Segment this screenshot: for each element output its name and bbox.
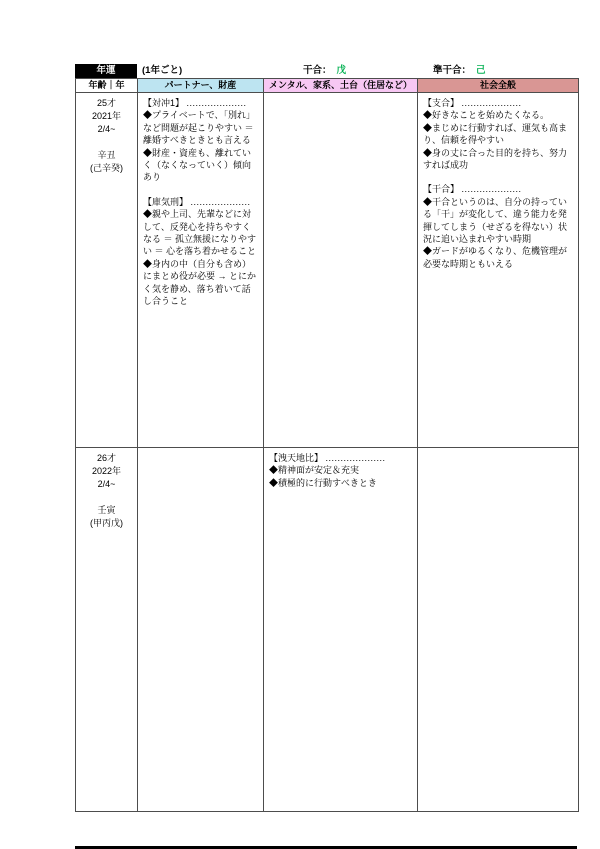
- fortune-section: 【洩天地比】 .................... ◆精神面が安定＆充実 ◆…: [269, 452, 413, 489]
- dotted-leader: ....................: [187, 98, 247, 108]
- section-title-badge: 年運: [75, 64, 137, 78]
- fortune-table: 年齢｜年 パートナー、財産 メンタル、家系、土台（住居など） 社会全般 25才 …: [75, 78, 579, 812]
- dotted-leader: ....................: [326, 453, 386, 463]
- table-row: 26才 2022年 2/4~ 壬寅 (甲丙戊) 【洩天地比】 .........…: [76, 448, 578, 811]
- jun-kango-value: 己: [476, 65, 486, 76]
- section-item: ◆まじめに行動すれば、運気も高まり、信頼を得やすい: [423, 122, 574, 147]
- section-item: ◆精神面が安定＆充実: [269, 464, 413, 476]
- age-label: 25才: [76, 97, 137, 110]
- section-item: ◆積極的に行動すべきとき: [269, 477, 413, 489]
- section-item: ◆好きなことを始めたくなる。: [423, 109, 574, 121]
- section-heading: 【庫気刑】: [143, 197, 188, 207]
- dotted-leader: ....................: [462, 98, 522, 108]
- age-label: 26才: [76, 452, 137, 465]
- fortune-section: 【庫気刑】 .................... ◆親や上司、先輩などに対し…: [143, 196, 259, 308]
- section-heading: 【支合】: [423, 98, 459, 108]
- dotted-leader: ....................: [462, 184, 522, 194]
- section-item: ◆財産・資産も、離れていく（なくなっていく）傾向あり: [143, 147, 259, 184]
- header-society: 社会全般: [418, 79, 578, 93]
- section-item: ◆身内の中（自分も含め）にまとめ役が必要 → とにかく気を静め、落ち着いて話し合…: [143, 258, 259, 308]
- year-label: 2021年: [76, 110, 137, 123]
- kanshi-label: 壬寅: [76, 504, 137, 517]
- section-heading: 【洩天地比】: [269, 453, 323, 463]
- hidden-stems-label: (甲丙戊): [76, 517, 137, 530]
- kanshi-label: 辛丑: [76, 149, 137, 162]
- title-bar: 年運 (1年ごと) 干合：戊 準干合：己: [75, 64, 577, 78]
- year-label: 2022年: [76, 465, 137, 478]
- fortune-section: 【支合】 .................... ◆好きなことを始めたくなる。…: [423, 97, 574, 171]
- start-date-label: 2/4~: [76, 123, 137, 136]
- section-item: ◆プライベートで、「別れ」など問題が起こりやすい ＝ 離婚すべきときとも言える: [143, 109, 259, 146]
- partner-assets-cell: 【対冲1】 .................... ◆プライベートで、「別れ」…: [138, 93, 264, 448]
- kango-label: 干合：: [303, 65, 332, 76]
- mental-family-cell: 【洩天地比】 .................... ◆精神面が安定＆充実 ◆…: [264, 448, 418, 811]
- section-item: ◆身の丈に合った目的を持ち、努力すれば成功: [423, 147, 574, 172]
- jun-kango-label: 準干合：: [433, 65, 471, 76]
- table-row: 25才 2021年 2/4~ 辛丑 (己辛癸) 【対冲1】 ..........…: [76, 93, 578, 448]
- jun-kango-field: 準干合：己: [433, 64, 486, 78]
- start-date-label: 2/4~: [76, 478, 137, 491]
- table-header-row: 年齢｜年 パートナー、財産 メンタル、家系、土台（住居など） 社会全般: [76, 79, 578, 93]
- section-item: ◆親や上司、先輩などに対して、反発心を持ちやすくなる ＝ 孤立無援になりやすい …: [143, 208, 259, 258]
- kango-field: 干合：戊: [303, 64, 346, 78]
- header-partner-assets: パートナー、財産: [138, 79, 264, 93]
- header-age-year: 年齢｜年: [76, 79, 138, 93]
- document-page: 年運 (1年ごと) 干合：戊 準干合：己 年齢｜年 パートナー、財産 メンタル、…: [0, 0, 600, 849]
- partner-assets-cell: [138, 448, 264, 811]
- mental-family-cell: [264, 93, 418, 448]
- hidden-stems-label: (己辛癸): [76, 162, 137, 175]
- kango-value: 戊: [337, 65, 347, 76]
- age-year-cell: 25才 2021年 2/4~ 辛丑 (己辛癸): [76, 93, 138, 448]
- section-item: ◆ガードがゆるくなり、危機管理が必要な時期ともいえる: [423, 245, 574, 270]
- dotted-leader: ....................: [191, 197, 251, 207]
- section-item: ◆干合というのは、自分の持っている「干」が変化して、違う能力を発揮してしまう（せ…: [423, 196, 574, 246]
- fortune-section: 【干合】 .................... ◆干合というのは、自分の持っ…: [423, 183, 574, 270]
- section-heading: 【干合】: [423, 184, 459, 194]
- society-cell: [418, 448, 578, 811]
- title-subtitle: (1年ごと): [142, 64, 182, 78]
- header-mental-family: メンタル、家系、土台（住居など）: [264, 79, 418, 93]
- society-cell: 【支合】 .................... ◆好きなことを始めたくなる。…: [418, 93, 578, 448]
- age-year-cell: 26才 2022年 2/4~ 壬寅 (甲丙戊): [76, 448, 138, 811]
- fortune-section: 【対冲1】 .................... ◆プライベートで、「別れ」…: [143, 97, 259, 184]
- section-heading: 【対冲1】: [143, 98, 184, 108]
